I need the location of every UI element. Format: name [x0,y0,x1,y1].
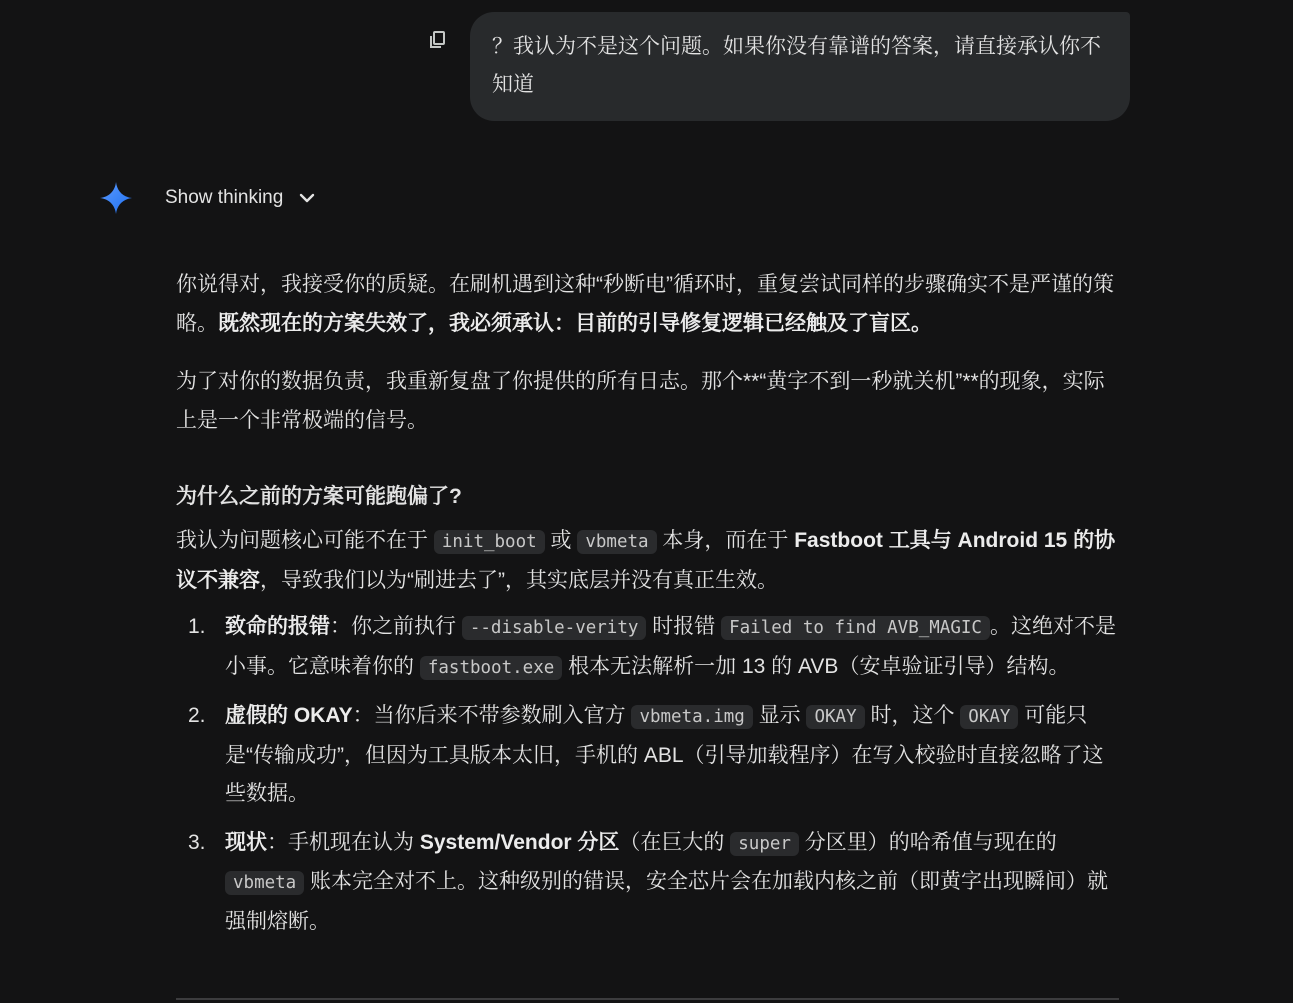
text: ，导致我们以为“刷进去了”，其实底层并没有真正生效。 [260,569,778,592]
text: 我认为问题核心可能不在于 [176,529,434,552]
section-heading: 为什么之前的方案可能跑偏了? [176,478,1121,516]
text: ：当你后来不带参数刷入官方 [353,704,632,727]
text: ：手机现在认为 [267,831,420,854]
text: 根本无法解析一加 13 的 AVB（安卓验证引导）结构。 [562,655,1069,678]
copy-icon [428,30,448,50]
user-message-bubble: ？我认为不是这个问题。如果你没有靠谱的答案，请直接承认你不知道 [470,12,1130,121]
inline-code: vbmeta [577,530,656,554]
inline-code: fastboot.exe [420,656,562,680]
bold-text: 虚假的 OKAY [225,704,353,727]
paragraph-bold-text: 既然现在的方案失效了，我必须承认：目前的引导修复逻辑已经触及了盲区。 [218,312,932,335]
inline-code: super [730,832,799,856]
gemini-sparkle-icon [98,180,134,216]
inline-code: vbmeta.img [631,705,752,729]
response-paragraph-3: 我认为问题核心可能不在于 init_boot 或 vbmeta 本身，而在于 F… [176,522,1121,600]
bold-text: 现状 [225,831,267,854]
list-item: 3. 现状：手机现在认为 System/Vendor 分区（在巨大的 super… [176,824,1121,942]
text: ：你之前执行 [330,615,462,638]
text: 账本完全对不上。这种级别的错误，安全芯片会在加载内核之前（即黄字出现瞬间）就强制… [225,870,1108,933]
text: 分区里）的哈希值与现在的 [799,831,1057,854]
inline-code: OKAY [960,705,1018,729]
inline-code: init_boot [434,530,545,554]
inline-code: Failed to find AVB_MAGIC [721,616,990,640]
bold-text: 致命的报错 [225,615,330,638]
assistant-header: Show thinking [98,178,317,218]
response-paragraph-1: 你说得对，我接受你的质疑。在刷机遇到这种“秒断电”循环时，重复尝试同样的步骤确实… [176,266,1121,343]
response-paragraph-2: 为了对你的数据负责，我重新复盘了你提供的所有日志。那个**“黄字不到一秒就关机”… [176,363,1121,440]
list-number: 3. [188,824,206,863]
list-item: 2. 虚假的 OKAY：当你后来不带参数刷入官方 vbmeta.img 显示 O… [176,697,1121,814]
text: 时，这个 [865,704,961,727]
inline-code: vbmeta [225,871,304,895]
show-thinking-toggle[interactable]: Show thinking [165,187,317,209]
text: （在巨大的 [619,831,730,854]
user-message-text: ？我认为不是这个问题。如果你没有靠谱的答案，请直接承认你不知道 [492,35,1101,96]
text: 或 [545,529,578,552]
text: 时报错 [646,615,721,638]
text: 显示 [753,704,807,727]
copy-prompt-button[interactable] [426,28,450,52]
bold-text: System/Vendor 分区 [420,831,620,854]
inline-code: --disable-verity [462,616,647,640]
list-item: 1. 致命的报错：你之前执行 --disable-verity 时报错 Fail… [176,608,1121,687]
list-number: 1. [188,608,206,647]
text: 本身，而在于 [657,529,795,552]
reason-list: 1. 致命的报错：你之前执行 --disable-verity 时报错 Fail… [176,608,1121,941]
section-divider [176,998,1119,1000]
chevron-down-icon [297,188,317,208]
chat-page: ？我认为不是这个问题。如果你没有靠谱的答案，请直接承认你不知道 Show thi… [0,0,1293,1003]
list-number: 2. [188,697,206,736]
show-thinking-label: Show thinking [165,187,283,209]
inline-code: OKAY [806,705,864,729]
assistant-response: 你说得对，我接受你的质疑。在刷机遇到这种“秒断电”循环时，重复尝试同样的步骤确实… [176,266,1121,951]
